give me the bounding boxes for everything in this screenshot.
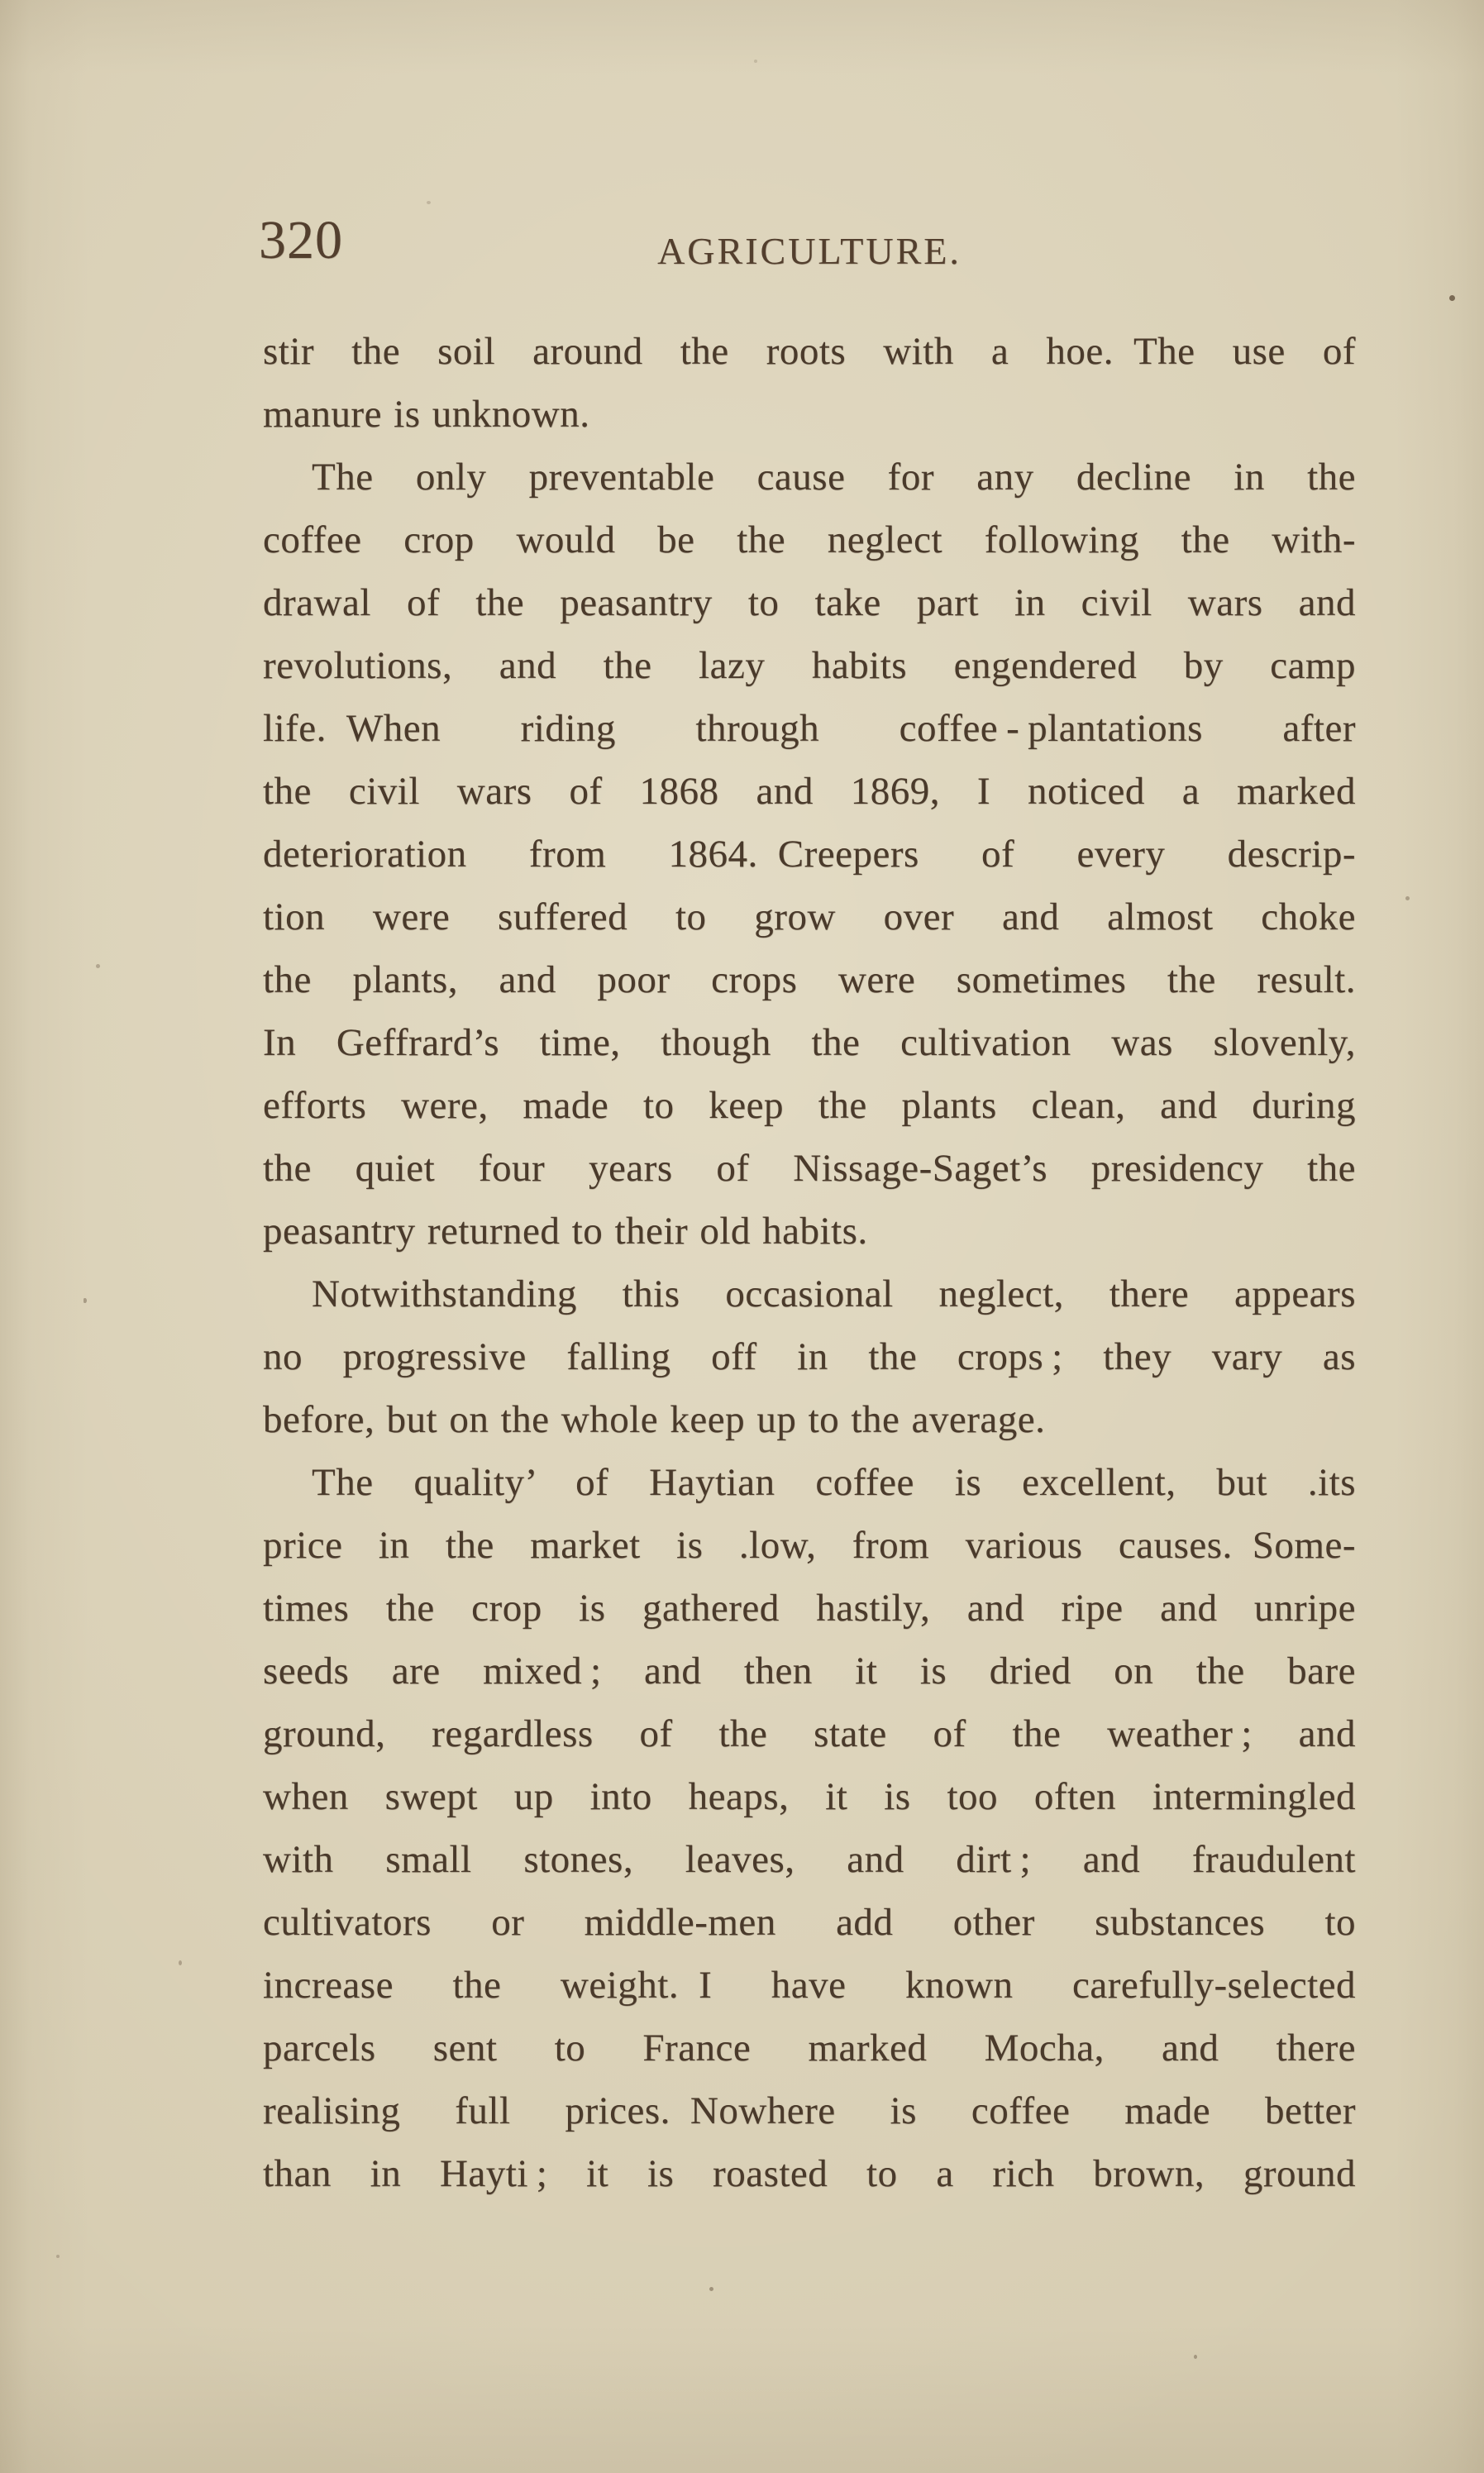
dust-speck (1194, 2355, 1197, 2359)
book-page-scan: 320 AGRICULTURE. stir the soil around th… (0, 0, 1484, 2473)
text-line: parcels sent to France marked Mocha, and… (263, 2017, 1356, 2079)
dust-speck (1405, 896, 1410, 900)
text-line: no progressive falling off in the crops … (263, 1325, 1356, 1388)
text-line: The quality’ of Haytian coffee is excell… (263, 1451, 1356, 1514)
text-line: increase the weight. I have known carefu… (263, 1954, 1356, 2017)
text-line: realising full prices. Nowhere is coffee… (263, 2079, 1356, 2142)
text-line: the plants, and poor crops were sometime… (263, 948, 1356, 1011)
text-line: coffee crop would be the neglect followi… (263, 508, 1356, 571)
text-line: The only preventable cause for any decli… (263, 446, 1356, 508)
text-line: efforts were, made to keep the plants cl… (263, 1074, 1356, 1137)
text-line: seeds are mixed ; and then it is dried o… (263, 1640, 1356, 1702)
dust-speck (427, 201, 431, 204)
text-line: ground, regardless of the state of the w… (263, 1702, 1356, 1765)
text-line: before, but on the whole keep up to the … (263, 1388, 1356, 1451)
text-line: with small stones, leaves, and dirt ; an… (263, 1828, 1356, 1891)
text-line: drawal of the peasantry to take part in … (263, 571, 1356, 634)
text-line: stir the soil around the roots with a ho… (263, 320, 1356, 383)
dust-speck (754, 60, 757, 63)
text-line: the civil wars of 1868 and 1869, I notic… (263, 760, 1356, 823)
text-line: Notwithstanding this occasional neglect,… (263, 1263, 1356, 1325)
text-line: cultivators or middle-men add other subs… (263, 1891, 1356, 1954)
text-line: peasantry returned to their old habits. (263, 1200, 1356, 1263)
body-text-block: stir the soil around the roots with a ho… (263, 320, 1356, 2205)
text-line: than in Hayti ; it is roasted to a rich … (263, 2142, 1356, 2205)
text-line: revolutions, and the lazy habits engende… (263, 634, 1356, 697)
running-head-title: AGRICULTURE. (263, 232, 1356, 270)
dust-speck (96, 964, 100, 968)
dust-speck (709, 2287, 713, 2291)
dust-speck (1449, 295, 1455, 301)
text-line: times the crop is gathered hastily, and … (263, 1577, 1356, 1640)
dust-speck (84, 1298, 87, 1303)
text-line: manure is unknown. (263, 383, 1356, 446)
text-line: the quiet four years of Nissage-Saget’s … (263, 1137, 1356, 1200)
text-line: deterioration from 1864. Creepers of eve… (263, 823, 1356, 886)
dust-speck (179, 1960, 182, 1965)
text-line: price in the market is .low, from variou… (263, 1514, 1356, 1577)
text-line: tion were suffered to grow over and almo… (263, 886, 1356, 948)
text-line: In Geffrard’s time, though the cultivati… (263, 1011, 1356, 1074)
text-line: when swept up into heaps, it is too ofte… (263, 1765, 1356, 1828)
dust-speck (56, 2255, 60, 2258)
text-line: life. When riding through coffee - plant… (263, 697, 1356, 760)
